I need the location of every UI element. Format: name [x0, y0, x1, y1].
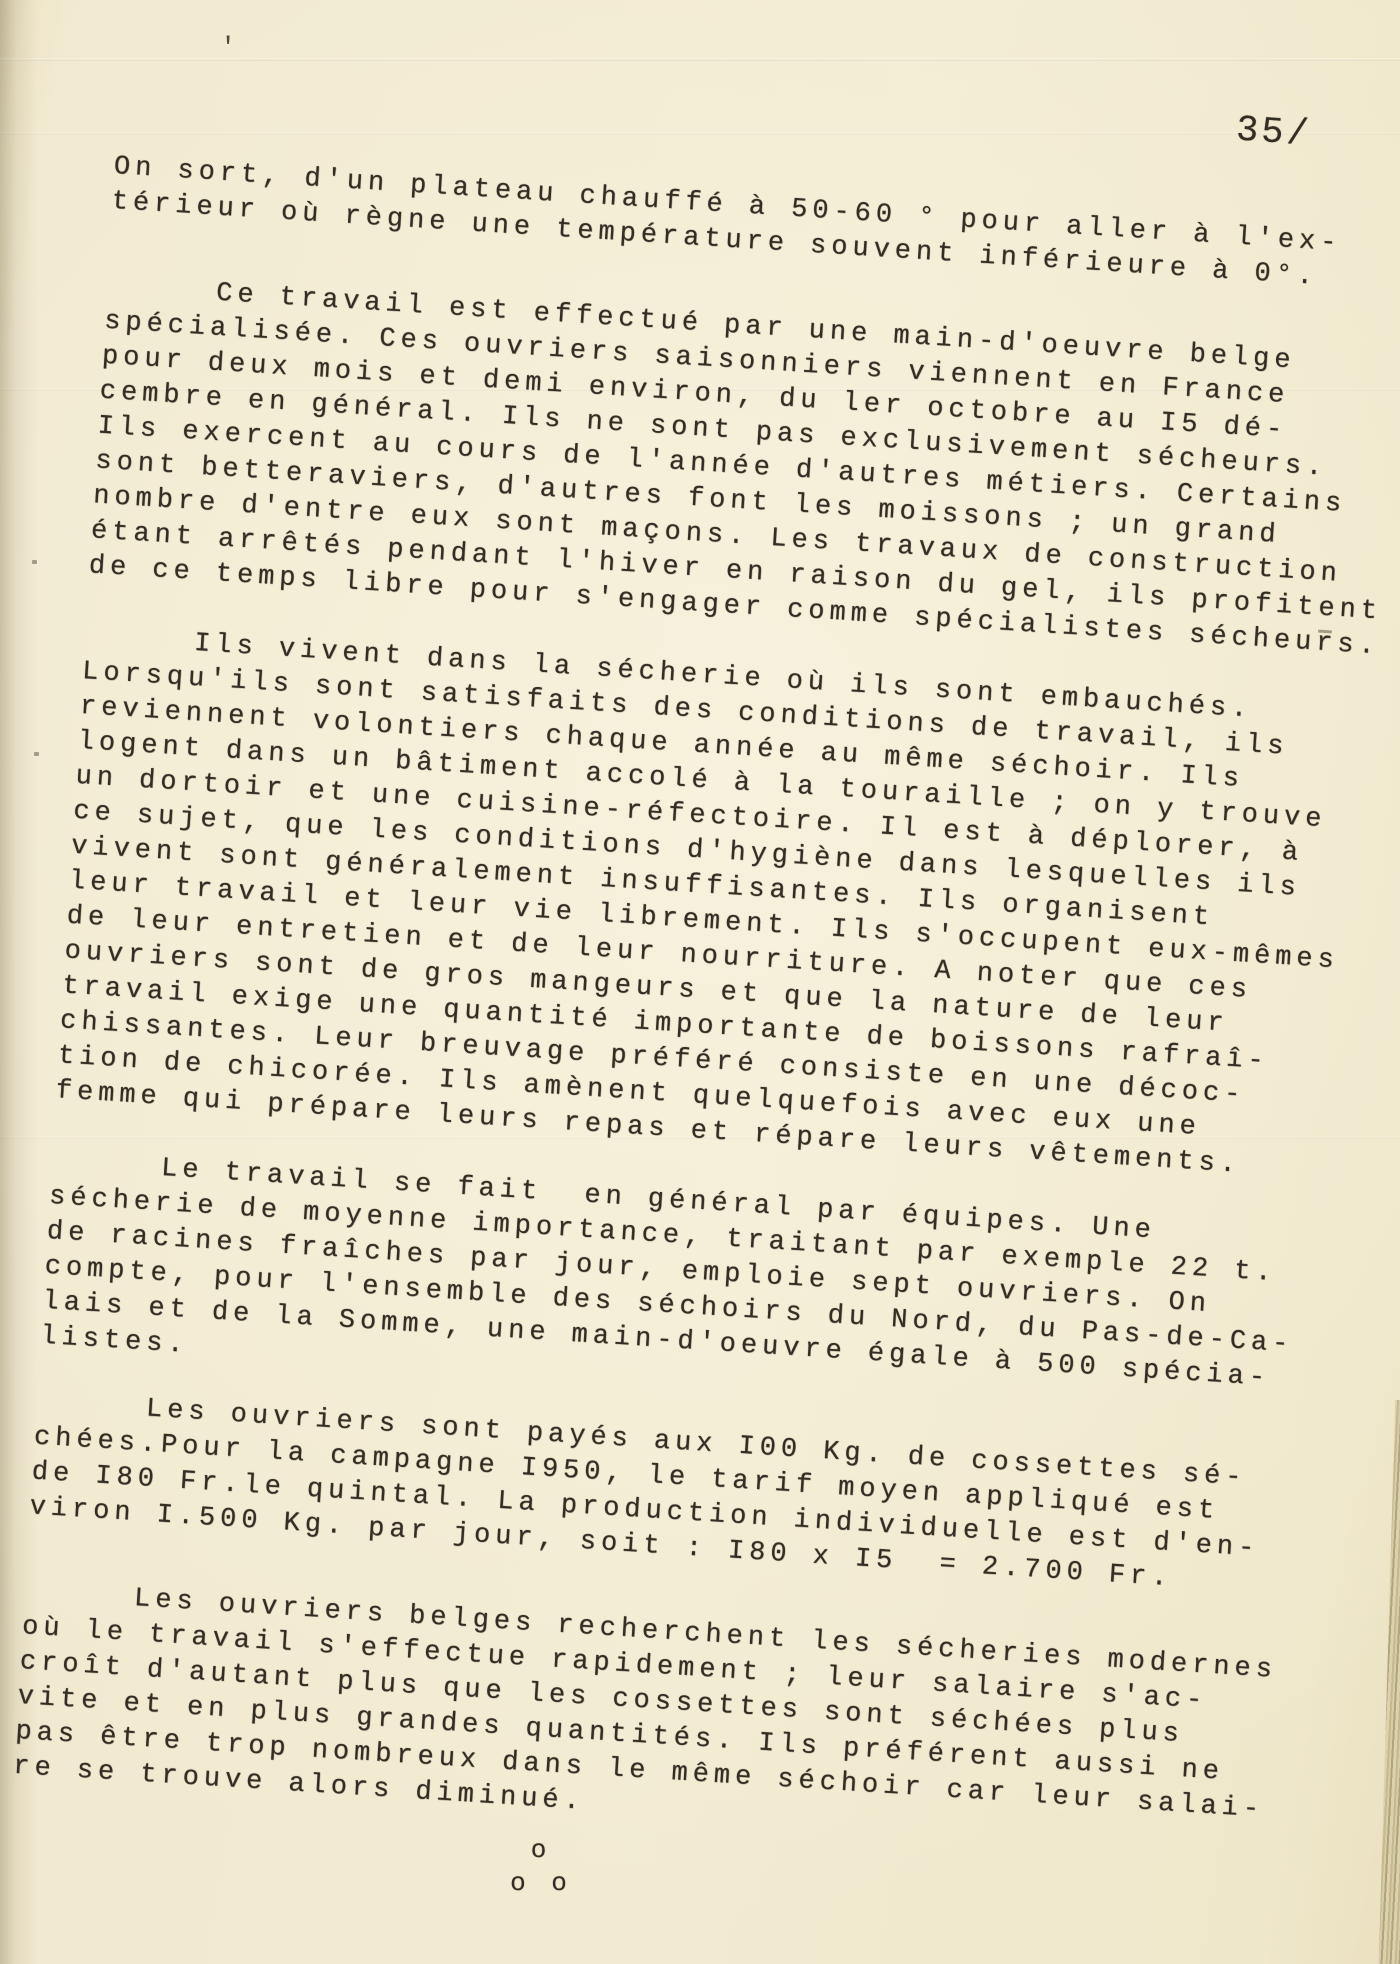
scanned-document-page: ' 35/ On sort, d'un plateau chauffé à 50…: [0, 0, 1400, 1964]
paragraph: On sort, d'un plateau chauffé à 50-60 ° …: [111, 150, 1400, 303]
book-binding-edge: [1374, 1400, 1400, 1964]
paragraph: Les ouvriers belges recherchent les séch…: [12, 1575, 1353, 1868]
section-end-marker-bottom: o o: [466, 1867, 616, 1900]
paragraph: Ils vivent dans la sécherie où ils sont …: [55, 620, 1400, 1193]
document-text: On sort, d'un plateau chauffé à 50-60 ° …: [12, 150, 1400, 1868]
section-end-marker: o o o: [466, 1834, 616, 1900]
paper-crease: [0, 132, 1400, 135]
stray-ink-mark: ': [220, 34, 236, 64]
section-end-marker-top: o: [466, 1834, 616, 1867]
page-number: 35/: [1235, 109, 1313, 156]
paper-crease: [0, 58, 1400, 61]
paragraph: Ce travail est effectué par une main-d'o…: [88, 270, 1400, 668]
paragraph: Le travail se fait en général par équipe…: [39, 1145, 1380, 1438]
